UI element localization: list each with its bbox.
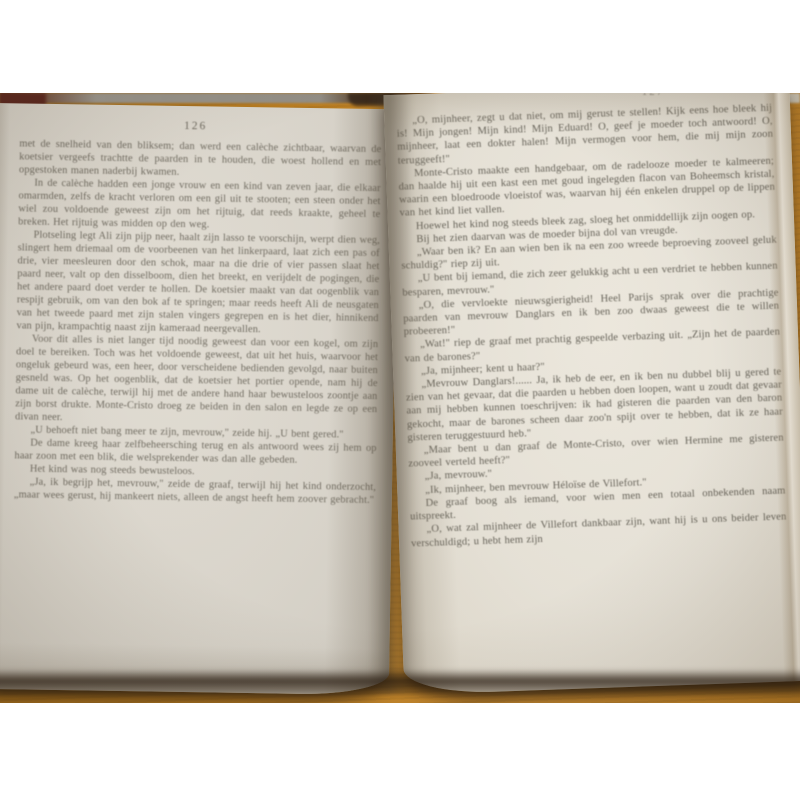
paragraph: met de snelheid van den bliksem; dan wer… [19,137,382,182]
gutter-shadow [368,93,414,693]
book-photo: 126 met de snelheid van den bliksem; dan… [0,93,800,703]
left-page-number: 126 [0,117,398,135]
left-page: 126 met de snelheid van den bliksem; dan… [0,103,398,695]
left-page-text: met de snelheid van den bliksem; dan wer… [0,137,397,507]
paragraph: „Ja, ik begrijp het, mevrouw," zeide de … [14,475,376,507]
under-book-shadow [0,669,800,695]
right-page-number-clipped: 127 [636,93,670,98]
paragraph: Voor dit alles is niet langer tijd noodi… [15,332,378,429]
paragraph: Plotseling legt Ali zijn pijp neer, haal… [16,228,380,338]
right-page: „O, mijnheer, zegt u dat niet, om mij ge… [383,93,800,695]
screenshot-background: 126 met de snelheid van den bliksem; dan… [0,0,800,800]
right-page-text: „O, mijnheer, zegt u dat niet, om mij ge… [383,93,800,551]
paragraph: In de calèche hadden een jonge vrouw en … [18,176,381,234]
